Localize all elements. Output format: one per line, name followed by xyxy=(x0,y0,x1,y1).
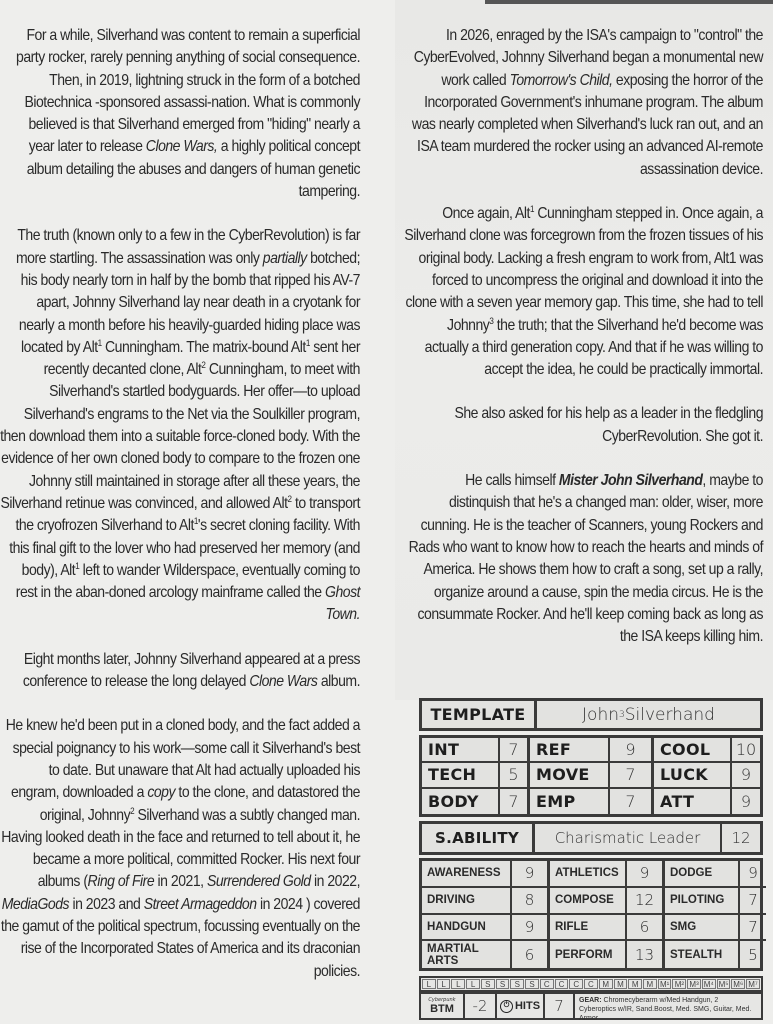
hits-label: HITS xyxy=(515,1000,540,1012)
album-title: Clone Wars, xyxy=(146,138,218,155)
wound-box: C xyxy=(584,979,598,989)
character-name: Mister John Silverhand xyxy=(559,472,703,489)
skill-label: PERFORM xyxy=(550,941,627,968)
text: For a while, Silverhand was content to r… xyxy=(16,27,360,155)
wound-box: L xyxy=(422,979,436,989)
wound-box: M xyxy=(599,979,613,989)
special-ability-row: S.ABILITY Charismatic Leader 12 xyxy=(419,821,763,855)
text: in 2021, xyxy=(154,873,207,890)
stat-label: MOVE xyxy=(530,763,610,788)
wound-box: L xyxy=(451,979,465,989)
skill-label: DRIVING xyxy=(422,888,512,915)
special-ability-name: Charismatic Leader xyxy=(535,824,722,852)
skill-label: ATHLETICS xyxy=(550,861,627,888)
text: John xyxy=(582,705,619,725)
skill-value: 9 xyxy=(512,861,550,888)
skill-label: DODGE xyxy=(665,861,740,888)
paragraph: She also asked for his help as a leader … xyxy=(403,403,763,448)
gear-label: GEAR: xyxy=(579,997,602,1004)
album-title: Tomorrow's Child, xyxy=(510,72,613,89)
skill-label: PILOTING xyxy=(665,888,740,915)
stat-value: 9 xyxy=(732,763,760,788)
wound-box: M⁵ xyxy=(717,979,731,989)
btm-value: -2 xyxy=(465,994,497,1018)
wound-box: M xyxy=(614,979,628,989)
wound-box: M⁴ xyxy=(702,979,716,989)
emphasis: partially xyxy=(263,250,307,267)
stat-value: 10 xyxy=(732,738,760,763)
place-name: Ghost Town. xyxy=(325,584,360,623)
skill-value: 5 xyxy=(740,941,766,968)
wound-box: M³ xyxy=(687,979,701,989)
album-title: Street Armageddon xyxy=(144,896,257,913)
hits-value: 7 xyxy=(545,994,575,1018)
wound-box: C xyxy=(569,979,583,989)
gear-list: Chromecyberarm w/Med Handgun, 2 Cyberopt… xyxy=(579,997,751,1022)
wound-box: C xyxy=(540,979,554,989)
skill-label: HANDGUN xyxy=(422,915,512,942)
power-icon: ⏻ xyxy=(500,1000,513,1013)
wound-box: M⁶ xyxy=(731,979,745,989)
album-title: Ring of Fire xyxy=(88,873,155,890)
paragraph: Once again, Alt1 Cunningham stepped in. … xyxy=(403,203,763,381)
skill-label: RIFLE xyxy=(550,915,627,942)
skills-grid: AWARENESS 9 ATHLETICS 9 DODGE 9 DRIVING … xyxy=(419,858,763,971)
skill-value: 9 xyxy=(512,915,550,942)
wound-box: L xyxy=(437,979,451,989)
btm-cell: Cyberpunk BTM xyxy=(421,994,465,1018)
stat-label: BODY xyxy=(422,789,500,814)
wound-box: M¹ xyxy=(658,979,672,989)
stat-label: COOL xyxy=(654,738,732,763)
paragraph: The truth (known only to a few in the Cy… xyxy=(0,225,360,626)
text: Cunningham stepped in. Once again, a Sil… xyxy=(404,205,763,333)
special-ability-value: 12 xyxy=(722,824,760,852)
skill-value: 6 xyxy=(512,941,550,968)
stat-value: 9 xyxy=(610,738,654,763)
top-decorative-bar xyxy=(485,0,773,4)
text: Silverhand xyxy=(625,705,715,725)
wound-box: C xyxy=(555,979,569,989)
template-row: TEMPLATE John3 Silverhand xyxy=(419,698,763,731)
skill-value: 13 xyxy=(627,941,665,968)
special-ability-label: S.ABILITY xyxy=(422,824,535,852)
stats-grid: INT 7 REF 9 COOL 10 TECH 5 MOVE 7 LUCK 9… xyxy=(419,735,763,817)
text: Once again, Alt xyxy=(442,205,530,222)
stat-value: 7 xyxy=(500,789,530,814)
album-title: Surrendered Gold xyxy=(207,873,311,890)
text: album. xyxy=(317,673,360,690)
stat-label: LUCK xyxy=(654,763,732,788)
stat-label: TECH xyxy=(422,763,500,788)
stat-label: ATT xyxy=(654,789,732,814)
wound-track: L L L L S S S S C C C C M M M M M¹ M² M³… xyxy=(419,976,763,992)
text: Cunningham. The matrix-bound Alt xyxy=(102,339,306,356)
skill-value: 7 xyxy=(740,915,766,942)
text: Cunningham, to meet with Silverhand's st… xyxy=(0,361,360,512)
template-name: John3 Silverhand xyxy=(537,701,760,728)
wound-box: S xyxy=(510,979,524,989)
wound-box: M xyxy=(643,979,657,989)
text: He calls himself xyxy=(465,472,559,489)
skill-label: AWARENESS xyxy=(422,861,512,888)
skill-label: MARTIAL ARTS xyxy=(422,941,512,968)
paragraph: For a while, Silverhand was content to r… xyxy=(0,25,360,203)
skill-label: COMPOSE xyxy=(550,888,627,915)
template-label: TEMPLATE xyxy=(422,701,537,728)
wound-box: L xyxy=(466,979,480,989)
wound-box: S xyxy=(525,979,539,989)
stat-value: 7 xyxy=(500,738,530,763)
wound-box: M xyxy=(628,979,642,989)
stat-label: EMP xyxy=(530,789,610,814)
stat-value: 7 xyxy=(610,763,654,788)
skill-value: 12 xyxy=(627,888,665,915)
album-title: MediaGods xyxy=(2,896,69,913)
text: in 2022, xyxy=(311,873,360,890)
wound-box: M⁷ xyxy=(746,979,760,989)
paragraph: Eight months later, Johnny Silverhand ap… xyxy=(0,649,360,694)
skill-value: 6 xyxy=(627,915,665,942)
skill-value: 9 xyxy=(740,861,766,888)
album-title: Clone Wars xyxy=(249,673,317,690)
text: She also asked for his help as a leader … xyxy=(454,405,763,444)
skill-label: STEALTH xyxy=(665,941,740,968)
hits-cell: ⏻ HITS xyxy=(497,994,545,1018)
skill-label: SMG xyxy=(665,915,740,942)
paragraph: He calls himself Mister John Silverhand,… xyxy=(403,470,763,648)
wound-box: M² xyxy=(672,979,686,989)
stat-value: 9 xyxy=(732,789,760,814)
stat-value: 7 xyxy=(610,789,654,814)
emphasis: copy xyxy=(147,784,175,801)
text: , maybe to distinquish that he's a chang… xyxy=(409,472,763,645)
skill-value: 8 xyxy=(512,888,550,915)
wound-box: S xyxy=(496,979,510,989)
left-text-column: For a while, Silverhand was content to r… xyxy=(0,25,360,1005)
gear-text: GEAR: Chromecyberarm w/Med Handgun, 2 Cy… xyxy=(575,994,761,1018)
stat-value: 5 xyxy=(500,763,530,788)
btm-label: BTM xyxy=(430,1003,454,1015)
btm-hits-gear-row: Cyberpunk BTM -2 ⏻ HITS 7 GEAR: Chromecy… xyxy=(419,992,763,1020)
skill-value: 7 xyxy=(740,888,766,915)
stat-label: REF xyxy=(530,738,610,763)
right-text-column: In 2026, enraged by the ISA's campaign t… xyxy=(403,25,763,670)
stat-label: INT xyxy=(422,738,500,763)
skill-value: 9 xyxy=(627,861,665,888)
paragraph: In 2026, enraged by the ISA's campaign t… xyxy=(403,25,763,181)
wound-box: S xyxy=(481,979,495,989)
paragraph: He knew he'd been put in a cloned body, … xyxy=(0,715,360,983)
text: in 2023 and xyxy=(69,896,144,913)
